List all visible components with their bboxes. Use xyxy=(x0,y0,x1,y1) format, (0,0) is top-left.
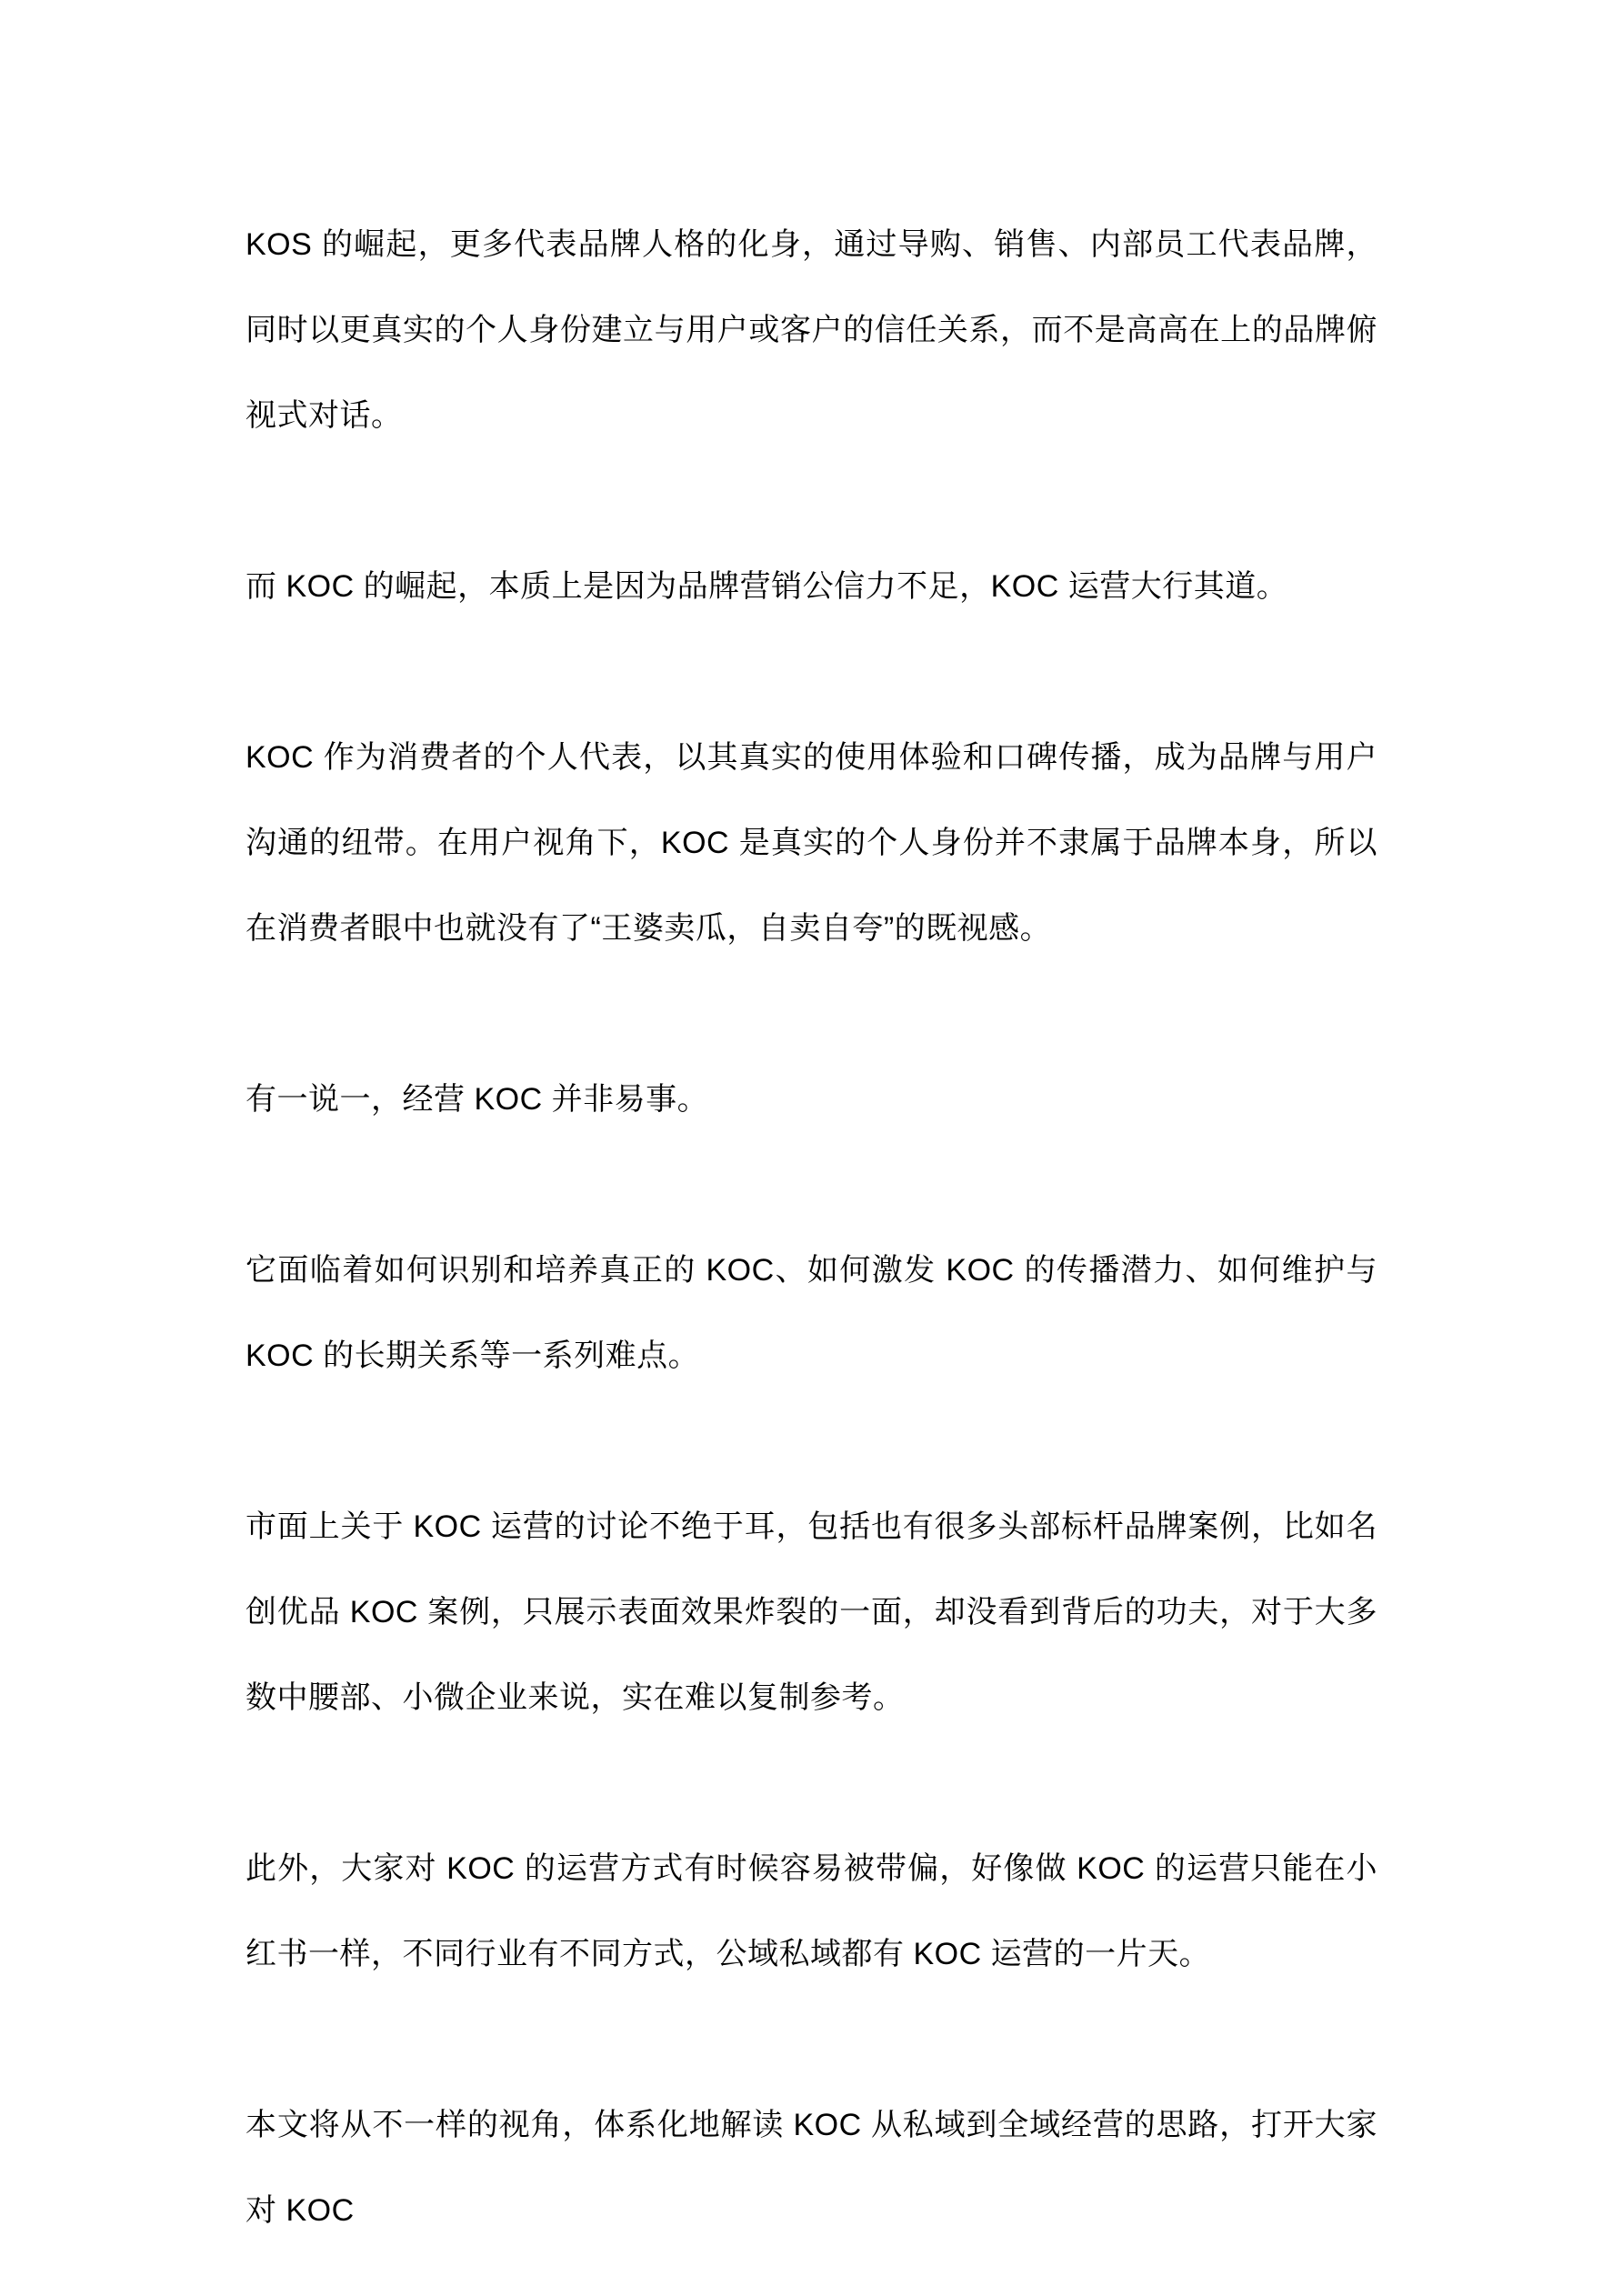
paragraph-article-intro: 本文将从不一样的视角，体系化地解读 KOC 从私域到全域经营的思路，打开大家对 … xyxy=(245,2082,1378,2253)
paragraph-kos-rise: KOS 的崛起，更多代表品牌人格的化身，通过导购、销售、内部员工代表品牌，同时以… xyxy=(245,202,1378,458)
paragraph-koc-not-easy: 有一说一，经营 KOC 并非易事。 xyxy=(245,1057,1378,1142)
paragraph-koc-difficulties: 它面临着如何识别和培养真正的 KOC、如何激发 KOC 的传播潜力、如何维护与 … xyxy=(245,1228,1378,1399)
paragraph-market-cases: 市面上关于 KOC 运营的讨论不绝于耳，包括也有很多头部标杆品牌案例，比如名创优… xyxy=(245,1484,1378,1740)
paragraph-koc-rise: 而 KOC 的崛起，本质上是因为品牌营销公信力不足，KOC 运营大行其道。 xyxy=(245,544,1378,629)
document-page: KOS 的崛起，更多代表品牌人格的化身，通过导购、销售、内部员工代表品牌，同时以… xyxy=(0,0,1623,2296)
paragraph-operation-misconception: 此外，大家对 KOC 的运营方式有时候容易被带偏，好像做 KOC 的运营只能在小… xyxy=(245,1826,1378,1997)
paragraph-koc-consumer-representative: KOC 作为消费者的个人代表，以其真实的使用体验和口碑传播，成为品牌与用户沟通的… xyxy=(245,715,1378,971)
